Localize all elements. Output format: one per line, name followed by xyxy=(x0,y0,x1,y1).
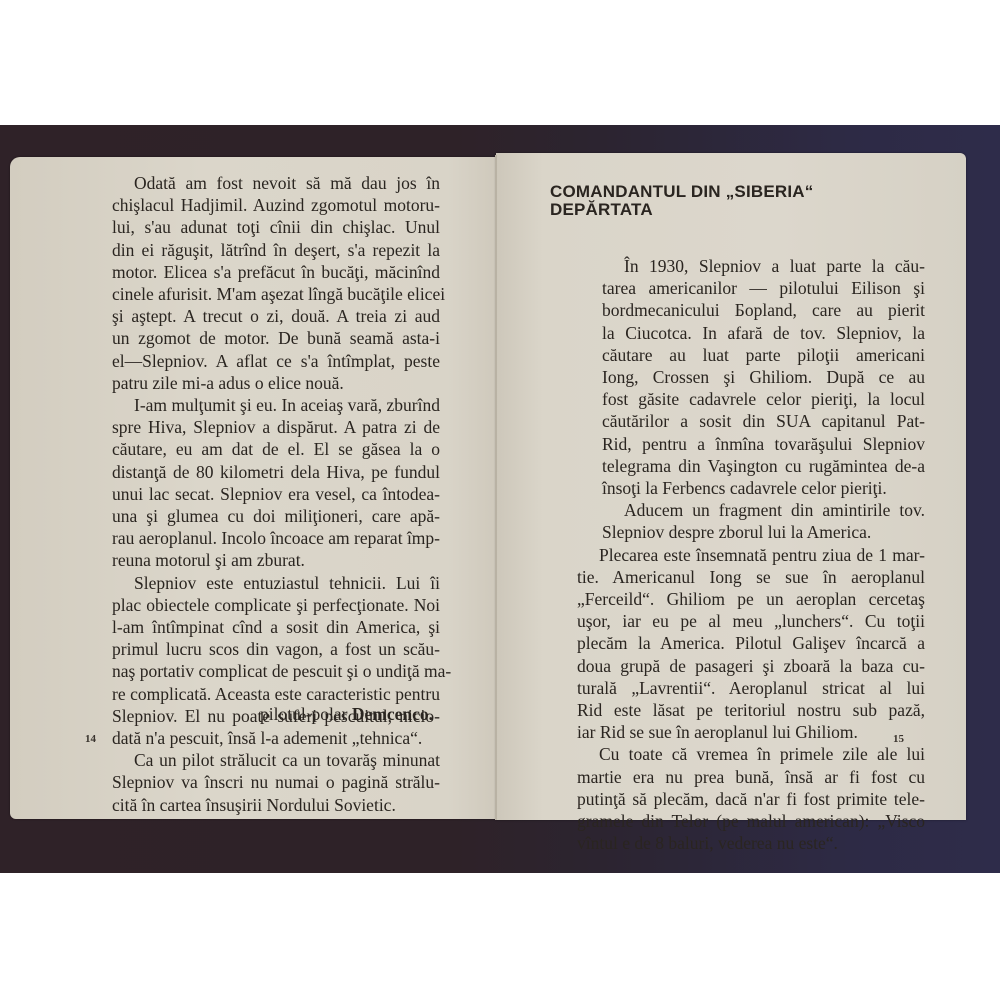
text-line: vîntul e de 8 baluri, vederea nu este“. xyxy=(555,832,925,854)
paragraph: Plecarea este însemnată pentru ziua de 1… xyxy=(555,544,925,744)
paragraph: Aducem un fragment din amintirile tov.Sl… xyxy=(580,499,925,543)
text-line: reuna motorul şi am zburat. xyxy=(90,549,440,571)
heading-line-2: DEPĂRTATA xyxy=(550,201,813,219)
text-line: Cu toate că vremea în primele zile ale l… xyxy=(555,743,925,765)
text-line: motor. Elicea s'a prefăcut în bucăţi, mă… xyxy=(90,261,440,283)
paragraph: Cu toate că vremea în primele zile ale l… xyxy=(555,743,925,854)
text-line: tie. Americanul Iong se sue în aeroplanu… xyxy=(555,566,925,588)
text-line: spre Hiva, Slepniov a dispărut. A patra … xyxy=(90,416,440,438)
text-line: primul lucru scos din vagon, a fost un s… xyxy=(90,638,440,660)
chapter-heading: COMANDANTUL DIN „SIBERIA“ DEPĂRTATA xyxy=(550,183,813,219)
signature-prefix: pilotul-polar xyxy=(260,704,347,724)
heading-line-1: COMANDANTUL DIN „SIBERIA“ xyxy=(550,183,813,201)
right-page-text: În 1930, Slepniov a luat parte la cău-ta… xyxy=(580,255,925,854)
book-spine xyxy=(495,155,497,820)
text-line: unui lac secat. Slepniov era vesel, ca î… xyxy=(90,483,440,505)
text-line: plac obiectele complicate şi perfecţiona… xyxy=(90,594,440,616)
text-line: iar Rid se sue în aeroplanul lui Ghiliom… xyxy=(555,721,925,743)
text-line: căutărilor a sosit din SUA capitanul Pat… xyxy=(580,410,925,432)
text-line: rau aeroplanul. Incolo încoace am repara… xyxy=(90,527,440,549)
text-line: plecăm la America. Pilotul Galişev încar… xyxy=(555,632,925,654)
text-line: Ca un pilot strălucit ca un tovarăş minu… xyxy=(90,749,440,771)
text-line: un zgomot de motor. De bună seamă asta-i xyxy=(90,327,440,349)
text-line: fost găsite cadavrele celor pieriţi, la … xyxy=(580,388,925,410)
text-line: Plecarea este însemnată pentru ziua de 1… xyxy=(555,544,925,566)
text-line: la Ciucotca. In afară de tov. Slepniov, … xyxy=(580,322,925,344)
text-line: una şi glumea cu doi miliţioneri, care a… xyxy=(90,505,440,527)
text-line: Rid este lăsat pe teritoriul nostru sub … xyxy=(555,699,925,721)
text-line: însoţi la Ferbencs cadavrele celor pieri… xyxy=(580,477,925,499)
paragraph: În 1930, Slepniov a luat parte la cău-ta… xyxy=(580,255,925,499)
paragraph: I-am mulţumit şi eu. In aceiaş vară, zbu… xyxy=(90,394,440,572)
text-line: Slepniov este entuziastul tehnicii. Lui … xyxy=(90,572,440,594)
page-number-right: 15 xyxy=(893,733,904,745)
text-line: şi aştept. A trecut o zi, două. A treia … xyxy=(90,305,440,327)
text-line: uşor, iar eu pe al meu „lunchers“. Cu to… xyxy=(555,610,925,632)
signature-name: Demcenco. xyxy=(352,704,433,724)
text-line: căutare au luat parte piloţii americani xyxy=(580,344,925,366)
text-line: Aducem un fragment din amintirile tov. xyxy=(580,499,925,521)
text-line: „Ferceild“. Ghiliom pe un aeroplan cerce… xyxy=(555,588,925,610)
text-line: martie era nu prea bună, însă ar fi fost… xyxy=(555,766,925,788)
signature: pilotul-polar Demcenco. xyxy=(260,704,433,725)
text-line: telegrama din Vaşington cu rugămintea de… xyxy=(580,455,925,477)
text-line: cită în cartea însuşirii Nordului Soviet… xyxy=(90,794,440,816)
text-line: chişlacul Hadjimil. Auzind zgomotul moto… xyxy=(90,194,440,216)
text-line: din ei răguşit, lătrînd în deşert, s'a r… xyxy=(90,239,440,261)
text-line: patru zile mi-a adus o elice nouă. xyxy=(90,372,440,394)
text-line: distanţă de 80 kilometri dela Hiva, pe f… xyxy=(90,461,440,483)
text-line: turală „Lavrentii“. Aeroplanul stricat a… xyxy=(555,677,925,699)
text-line: În 1930, Slepniov a luat parte la cău- xyxy=(580,255,925,277)
text-line: lui, s'au adunat toţi cînii din chişlac.… xyxy=(90,216,440,238)
text-line: Slepniov despre zborul lui la America. xyxy=(580,521,925,543)
paragraph: Ca un pilot strălucit ca un tovarăş minu… xyxy=(90,749,440,816)
text-line: cinele afurisit. M'am aşezat lîngă bucăţ… xyxy=(90,283,440,305)
article-body: Plecarea este însemnată pentru ziua de 1… xyxy=(555,544,925,855)
text-line: căutare, eu am dat de el. El se găsea la… xyxy=(90,438,440,460)
text-line: Rid, pentru a înmîna tovarăşului Slepnio… xyxy=(580,433,925,455)
text-line: l-am întîmpinat cînd a sosit din America… xyxy=(90,616,440,638)
text-line: Iong, Crossen şi Ghiliom. După ce au xyxy=(580,366,925,388)
paragraph: Odată am fost nevoit să mă dau jos închi… xyxy=(90,172,440,394)
page-number-left: 14 xyxy=(85,733,96,745)
text-line: re complicată. Aceasta este caracteristi… xyxy=(90,683,440,705)
text-line: Odată am fost nevoit să mă dau jos în xyxy=(90,172,440,194)
text-line: el—Slepniov. A aflat ce s'a întîmplat, p… xyxy=(90,350,440,372)
text-line: Slepniov va înscri nu numai o pagină str… xyxy=(90,771,440,793)
text-line: dată n'a pescuit, însă l-a ademenit „teh… xyxy=(90,727,440,749)
text-line: gramele din Telor (pe malul american): „… xyxy=(555,810,925,832)
text-line: tarea americanilor — pilotului Eilison ş… xyxy=(580,277,925,299)
text-line: I-am mulţumit şi eu. In aceiaş vară, zbu… xyxy=(90,394,440,416)
text-line: putinţă să plecăm, dacă n'ar fi fost pri… xyxy=(555,788,925,810)
text-line: naş portativ complicat de pescuit şi o u… xyxy=(90,660,440,682)
text-line: bordmecanicului Борland, care au pierit xyxy=(580,299,925,321)
text-line: doua grupă de pasageri şi zboară la baza… xyxy=(555,655,925,677)
